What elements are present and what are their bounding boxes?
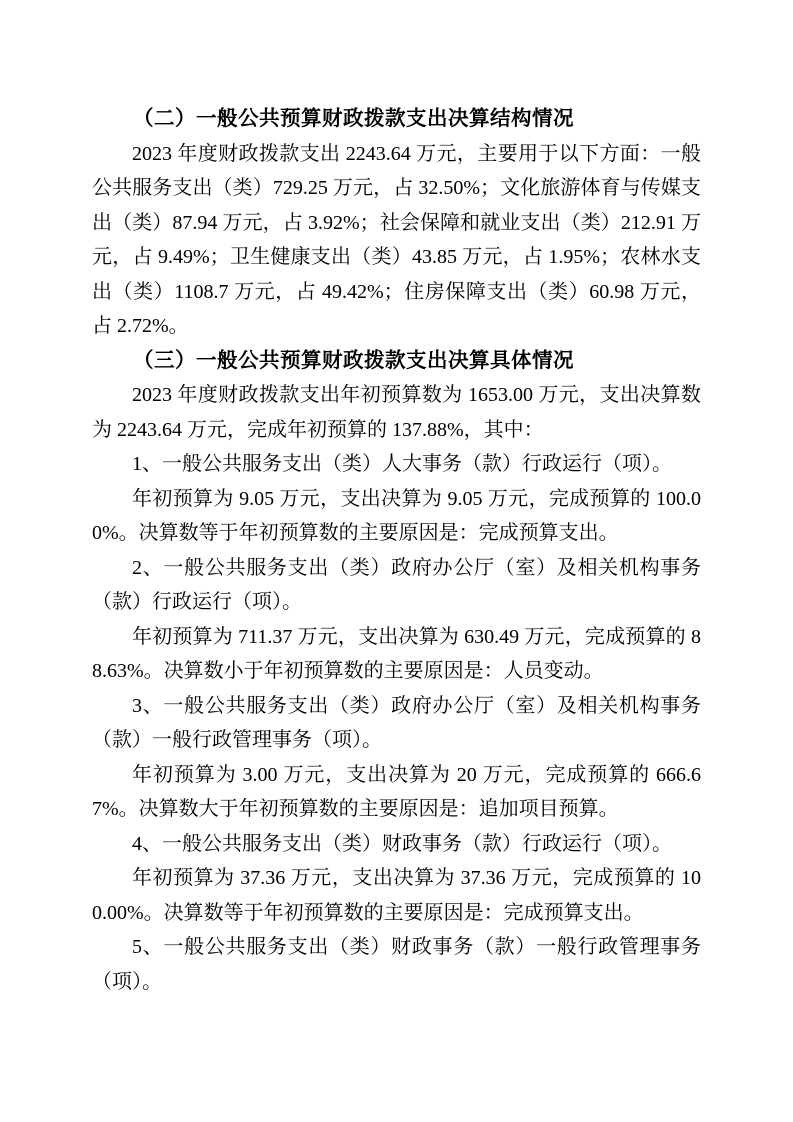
- item-4-detail: 年初预算为 37.36 万元，支出决算为 37.36 万元，完成预算的 100.…: [92, 861, 701, 930]
- item-4-title: 4、一般公共服务支出（类）财政事务（款）行政运行（项）。: [92, 827, 701, 862]
- para-expenditure-structure: 2023 年度财政拨款支出 2243.64 万元，主要用于以下方面：一般公共服务…: [92, 137, 701, 344]
- item-5-title: 5、一般公共服务支出（类）财政事务（款）一般行政管理事务（项）。: [92, 930, 701, 999]
- section-heading-2: （二）一般公共预算财政拨款支出决算结构情况: [92, 102, 701, 137]
- item-2-title: 2、一般公共服务支出（类）政府办公厅（室）及相关机构事务（款）行政运行（项）。: [92, 551, 701, 620]
- item-3-title: 3、一般公共服务支出（类）政府办公厅（室）及相关机构事务（款）一般行政管理事务（…: [92, 689, 701, 758]
- document-content: （二）一般公共预算财政拨款支出决算结构情况 2023 年度财政拨款支出 2243…: [92, 102, 701, 999]
- document-page: （二）一般公共预算财政拨款支出决算结构情况 2023 年度财政拨款支出 2243…: [0, 0, 793, 1122]
- item-2-detail: 年初预算为 711.37 万元，支出决算为 630.49 万元，完成预算的 88…: [92, 620, 701, 689]
- item-1-title: 1、一般公共服务支出（类）人大事务（款）行政运行（项）。: [92, 447, 701, 482]
- para-budget-overview: 2023 年度财政拨款支出年初预算数为 1653.00 万元，支出决算数为 22…: [92, 378, 701, 447]
- item-1-detail: 年初预算为 9.05 万元，支出决算为 9.05 万元，完成预算的 100.00…: [92, 482, 701, 551]
- item-3-detail: 年初预算为 3.00 万元，支出决算为 20 万元，完成预算的 666.67%。…: [92, 758, 701, 827]
- section-heading-3: （三）一般公共预算财政拨款支出决算具体情况: [92, 344, 701, 379]
